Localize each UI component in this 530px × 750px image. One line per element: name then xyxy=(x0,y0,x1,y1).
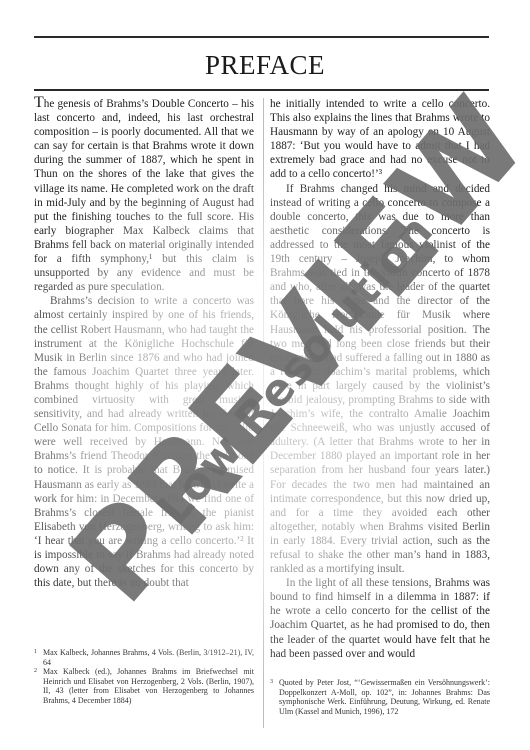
footnote: 1 Max Kalbeck, Johannes Brahms, 4 Vols. … xyxy=(34,648,254,667)
column-divider xyxy=(263,98,264,728)
top-rule xyxy=(34,36,489,38)
footnotes-right: 3 Quoted by Peter Jost, “‘Gewissermaßen … xyxy=(270,678,490,716)
paragraph-2: Brahms’s decision to write a concerto wa… xyxy=(34,294,254,590)
footnote-number: 1 xyxy=(34,648,43,667)
footnote: 2 Max Kalbeck (ed.), Johannes Brahms im … xyxy=(34,667,254,705)
title-bottom-rule xyxy=(34,89,489,91)
page-title: PREFACE xyxy=(0,50,530,81)
footnote-text: Max Kalbeck (ed.), Johannes Brahms im Br… xyxy=(43,667,254,705)
paragraph-4: If Brahms changed his mind and decided i… xyxy=(270,182,490,577)
footnote-text: Max Kalbeck, Johannes Brahms, 4 Vols. (B… xyxy=(43,648,254,667)
footnote-number: 2 xyxy=(34,667,43,705)
paragraph-1-text: he genesis of Brahms’s Double Concerto –… xyxy=(34,98,254,293)
drop-cap: T xyxy=(34,94,44,111)
footnote-number: 3 xyxy=(270,678,279,716)
left-column: The genesis of Brahms’s Double Concerto … xyxy=(34,97,254,590)
paragraph-3: he initially intended to write a cello c… xyxy=(270,97,490,182)
footnote: 3 Quoted by Peter Jost, “‘Gewissermaßen … xyxy=(270,678,490,716)
paragraph-5: In the light of all these tensions, Brah… xyxy=(270,576,490,661)
footnote-text: Quoted by Peter Jost, “‘Gewissermaßen ei… xyxy=(279,678,490,716)
footnotes-left: 1 Max Kalbeck, Johannes Brahms, 4 Vols. … xyxy=(34,648,254,706)
paragraph-1: The genesis of Brahms’s Double Concerto … xyxy=(34,97,254,294)
right-column: he initially intended to write a cello c… xyxy=(270,97,490,661)
